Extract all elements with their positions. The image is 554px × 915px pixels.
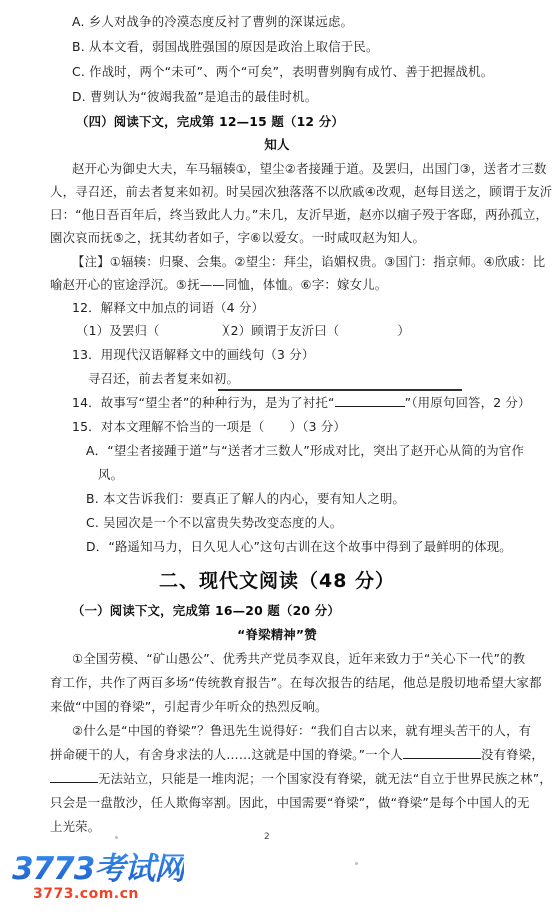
q13-answer-line[interactable]	[218, 389, 462, 391]
watermark-url: 3773.com.cn	[33, 886, 184, 902]
q15-option-b: B. 本文告诉我们：要真正了解人的内心，要有知人之明。	[86, 490, 405, 507]
article-line: ②什么是“中国的脊梁”？鲁迅先生说得好：“我们自古以来，就有埋头苦干的人，有	[72, 722, 531, 739]
passage-line: 曰：“他日吾百年后，终当致此人力。”未几，友沂早逝，赵亦以痼子殁于客邸，两孙孤立…	[50, 206, 548, 223]
passage-title: 知人	[0, 136, 554, 153]
q13-sentence: 寻召还，前去者复来如初。	[88, 370, 239, 387]
notes-line: 【注】①辐辏：归聚、会集。②望尘：拜尘，谄媚权贵。③国门：指京师。④欣戚：比	[72, 253, 545, 270]
section-title: 二、现代文阅读（48 分）	[0, 566, 554, 593]
watermark-logo: 3773考试网 3773.com.cn	[12, 852, 184, 902]
q15-option-a-cont: 风。	[98, 466, 123, 483]
scan-speck	[355, 862, 358, 865]
fill-blank-2[interactable]	[50, 782, 98, 783]
q12-item1: （1）及罢归（）	[76, 322, 234, 339]
q14-stem: 14．故事写“望尘者”的种种行为，是为了衬托“”（用原句回答，2 分）	[72, 394, 531, 411]
q11-option-c: C. 作战时，两个“未可”、两个“可矣”，表明曹刿胸有成竹、善于把握战机。	[72, 63, 493, 80]
article-line: 上光荣。	[50, 818, 100, 835]
q11-option-d: D. 曹刿认为“彼竭我盈”是追击的最佳时机。	[72, 88, 317, 105]
subsection-heading: （一）阅读下文，完成第 16—20 题（20 分）	[72, 602, 340, 619]
article-line: 无法站立，只能是一堆肉泥；一个国家没有脊梁，就无法“自立于世界民族之林”，	[50, 770, 552, 787]
q15-option-a: A．“望尘者接踵于道”与“送者才三数人”形成对比，突出了赵开心从简的为官作	[86, 442, 524, 459]
fill-blank-1[interactable]	[403, 758, 481, 759]
q13-stem: 13．用现代汉语解释文中的画线句（3 分）	[72, 346, 314, 363]
article-line: ①全国劳模、“矿山愚公”、优秀共产党员李双良，近年来致力于“关心下一代”的教	[72, 650, 525, 667]
q11-option-b: B. 从本文看，弱国战胜强国的原因是政治上取信于民。	[72, 38, 379, 55]
passage-line: 人，寻召还，前去者复来如初。时吴园次独落落不以欣戚④改观，赵每目送之，顾谓于友沂	[50, 183, 552, 200]
passage-line: 園次哀而抚⑤之，抚其幼者如子，字⑥以爱女。一时咸叹赵为知人。	[50, 229, 425, 246]
article-line: 只会是一盘散沙，任人欺侮宰割。因此，中国需要“脊梁”，做“脊梁”是每个中国人的无	[50, 794, 530, 811]
q12-item2-label: （2）顾谓于友沂曰（	[218, 323, 339, 338]
q14-answer-blank[interactable]	[335, 406, 405, 407]
article-line: 来做“中国的脊梁”，引起青少年听众的热烈反响。	[50, 698, 328, 715]
section4-heading: （四）阅读下文，完成第 12—15 题（12 分）	[76, 113, 344, 130]
exam-page: A. 乡人对战争的冷漠态度反衬了曹刿的深谋远虑。 B. 从本文看，弱国战胜强国的…	[0, 0, 554, 915]
q12-item1-label: （1）及罢归（	[76, 323, 160, 338]
passage-line: 赵开心为御史大夫，车马辐辏①，望尘②者接踵于道。及罢归，出国门③，送者才三数	[72, 160, 547, 177]
q15-option-d: D．“路遥知马力，日久见人心”这句古训在这个故事中得到了最鲜明的体现。	[86, 538, 512, 555]
article-line: 拼命硬干的人，有舍身求法的人……这就是中国的脊梁。”一个人没有脊梁，	[50, 746, 544, 763]
q12-stem: 12．解释文中加点的词语（4 分）	[72, 299, 264, 316]
q12-item2: （2）顾谓于友沂曰（）	[218, 322, 410, 339]
article-title: “脊梁精神”赞	[0, 626, 554, 643]
watermark-brand: 3773考试网	[12, 852, 184, 886]
q15-stem: 15．对本文理解不恰当的一项是（ ）（3 分）	[72, 418, 346, 435]
q11-option-a: A. 乡人对战争的冷漠态度反衬了曹刿的深谋远虑。	[72, 13, 353, 30]
notes-line: 喻赵开心的宦途浮沉。⑤抚——同恤，体恤。⑥字：嫁女儿。	[50, 276, 387, 293]
article-line: 育工作，共作了两百多场“传统教育报告”。在每次报告的结尾，他总是殷切地希望大家都	[50, 674, 542, 691]
scan-speck	[115, 836, 118, 839]
q15-option-c: C. 吴园次是一个不以富贵失势改变态度的人。	[86, 514, 342, 531]
page-number: 2	[264, 832, 270, 842]
